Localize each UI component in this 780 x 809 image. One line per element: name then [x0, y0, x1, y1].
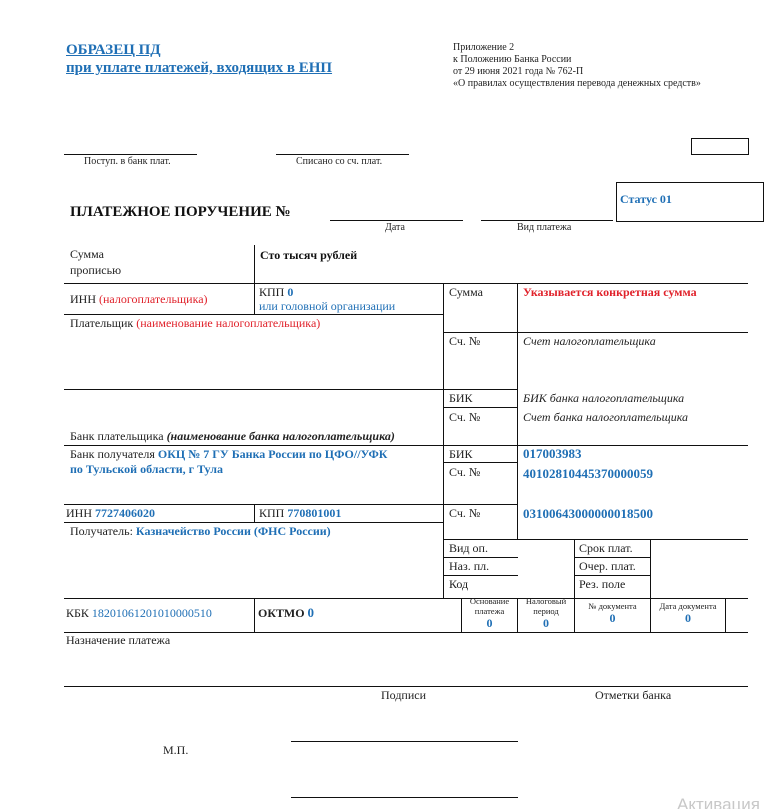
recipient-bank-bik-value: 017003983 — [523, 446, 582, 462]
date-label: Дата — [385, 222, 405, 233]
recipient-bank-label: Банк получателя — [70, 447, 155, 461]
grid-line — [64, 504, 518, 505]
recipient-bank: Банк получателя ОКЦ № 7 ГУ Банка России … — [70, 447, 387, 462]
payer-account-value: Счет налогоплательщика — [523, 334, 656, 349]
basis-label-2: платежа — [462, 606, 517, 616]
recipient-kpp-value: 770801001 — [287, 506, 341, 520]
payment-type-label: Вид платежа — [517, 222, 571, 233]
payer-kpp: КПП 0 — [259, 285, 293, 300]
recipient-name: Получатель: Казначейство России (ФНС Рос… — [70, 524, 331, 539]
payer-bank-bik-value: БИК банка налогоплательщика — [523, 391, 684, 406]
recipient-account-label: Сч. № — [449, 506, 480, 521]
recipient-bank-value-1: ОКЦ № 7 ГУ Банка России по ЦФО//УФК — [158, 447, 388, 461]
payer-bank-account-label: Сч. № — [449, 410, 480, 425]
grid-line — [64, 389, 518, 390]
sample-subtitle[interactable]: при уплате платежей, входящих в ЕНП — [66, 60, 332, 77]
naz-pl-label: Наз. пл. — [449, 559, 489, 574]
amount-words-label-2: прописью — [70, 263, 121, 278]
recipient-bank-account-label: Сч. № — [449, 465, 480, 480]
period-label-2: период — [518, 606, 574, 616]
sum-label: Сумма — [449, 285, 483, 300]
grid-line — [64, 445, 748, 446]
received-date-line — [64, 154, 197, 155]
kod-label: Код — [449, 577, 468, 592]
kbk-value: 18201061201010000510 — [92, 606, 212, 620]
bank-marks-label: Отметки банка — [595, 688, 671, 703]
basis-cell: Основание платежа 0 — [462, 596, 517, 630]
payer-kpp-note: или головной организации — [259, 299, 395, 314]
grid-line — [64, 283, 748, 284]
payer-name: Плательщик (наименование налогоплательщи… — [70, 316, 320, 331]
payment-type-line[interactable] — [481, 220, 613, 221]
kbk-label: КБК — [66, 606, 89, 620]
amount-words-label-1: Сумма — [70, 247, 104, 262]
doc-date-value: 0 — [651, 611, 725, 625]
activation-watermark: Активация — [677, 795, 760, 809]
recipient-inn-value: 7727406020 — [95, 506, 155, 520]
divider — [650, 539, 651, 598]
grid-line — [443, 539, 748, 540]
date-line[interactable] — [330, 220, 463, 221]
grid-line — [574, 575, 650, 576]
payer-label: Плательщик — [70, 316, 133, 330]
recipient-label: Получатель: — [70, 524, 133, 538]
payer-bank-value: (наименование банка налогоплательщика) — [167, 429, 395, 443]
srok-plat-label: Срок плат. — [579, 541, 633, 556]
doc-no-label: № документа — [575, 601, 650, 611]
grid-line — [443, 575, 518, 576]
payer-inn-label: ИНН — [70, 292, 96, 306]
payer-bank-bik-label: БИК — [449, 391, 473, 406]
doc-date-label: Дата документа — [651, 601, 725, 611]
grid-line — [64, 314, 443, 315]
payer-name-value: (наименование налогоплательщика) — [136, 316, 320, 330]
divider — [254, 504, 255, 522]
signatures-label: Подписи — [381, 688, 426, 703]
oktmo-label: ОКТМО — [258, 606, 305, 620]
payer-inn: ИНН (налогоплательщика) — [70, 292, 208, 307]
status-value: Статус 01 — [620, 192, 672, 207]
divider — [517, 283, 518, 539]
recipient-bank-value-2: по Тульской области, г Тула — [70, 462, 223, 477]
appendix-line-3: от 29 июня 2021 года № 762-П — [453, 66, 583, 77]
payer-bank: Банк плательщика (наименование банка нал… — [70, 429, 395, 444]
sum-value: Указывается конкретная сумма — [523, 285, 697, 300]
form-code-box — [691, 138, 749, 155]
divider — [254, 598, 255, 632]
appendix-line-2: к Положению Банка России — [453, 54, 571, 65]
debited-label: Списано со сч. плат. — [296, 156, 382, 167]
amount-words-value: Сто тысяч рублей — [260, 248, 357, 263]
divider — [254, 245, 255, 283]
grid-line — [64, 686, 748, 687]
grid-line — [443, 462, 518, 463]
recipient-kpp: КПП 770801001 — [259, 506, 341, 521]
recipient-kpp-label: КПП — [259, 506, 284, 520]
payer-bank-account-value: Счет банка налогоплательщика — [523, 410, 688, 425]
sample-title[interactable]: ОБРАЗЕЦ ПД — [66, 42, 161, 59]
period-cell: Налоговый период 0 — [518, 596, 574, 630]
payer-bank-label: Банк плательщика — [70, 429, 164, 443]
oktmo: ОКТМО 0 — [258, 605, 314, 621]
grid-line — [574, 557, 650, 558]
grid-line — [443, 557, 518, 558]
payer-kpp-label: КПП — [259, 285, 284, 299]
divider — [254, 283, 255, 314]
recipient-bank-account-value: 40102810445370000059 — [523, 466, 653, 482]
payer-inn-value: (налогоплательщика) — [99, 292, 208, 306]
grid-line — [64, 522, 443, 523]
doc-no-value: 0 — [575, 611, 650, 625]
period-value: 0 — [518, 616, 574, 630]
recipient-inn-label: ИНН — [66, 506, 92, 520]
kbk: КБК 18201061201010000510 — [66, 606, 212, 621]
doc-date-cell: Дата документа 0 — [651, 601, 725, 625]
doc-no-cell: № документа 0 — [575, 601, 650, 625]
signature-line-2[interactable] — [291, 797, 518, 798]
divider — [725, 598, 726, 632]
vid-op-label: Вид оп. — [449, 541, 488, 556]
payer-kpp-value: 0 — [287, 285, 293, 299]
grid-line — [443, 332, 748, 333]
received-label: Поступ. в банк плат. — [84, 156, 171, 167]
basis-label-1: Основание — [462, 596, 517, 606]
purpose-label: Назначение платежа — [66, 633, 170, 648]
signature-line-1[interactable] — [291, 741, 518, 742]
grid-line — [64, 598, 748, 599]
rez-pole-label: Рез. поле — [579, 577, 625, 592]
appendix-line-1: Приложение 2 — [453, 42, 514, 53]
recipient-bank-bik-label: БИК — [449, 447, 473, 462]
oktmo-value: 0 — [308, 605, 315, 620]
grid-line — [443, 407, 518, 408]
recipient-account-value: 03100643000000018500 — [523, 506, 653, 522]
recipient-name-value: Казначейство России (ФНС России) — [136, 524, 331, 538]
debited-date-line — [276, 154, 409, 155]
divider — [574, 539, 575, 598]
ocher-plat-label: Очер. плат. — [579, 559, 636, 574]
order-title: ПЛАТЕЖНОЕ ПОРУЧЕНИЕ № — [70, 204, 291, 221]
basis-value: 0 — [462, 616, 517, 630]
appendix-line-4: «О правилах осуществления перевода денеж… — [453, 78, 701, 89]
payer-account-label: Сч. № — [449, 334, 480, 349]
stamp-label: М.П. — [163, 743, 188, 758]
divider — [443, 283, 444, 598]
period-label-1: Налоговый — [518, 596, 574, 606]
recipient-inn: ИНН 7727406020 — [66, 506, 155, 521]
